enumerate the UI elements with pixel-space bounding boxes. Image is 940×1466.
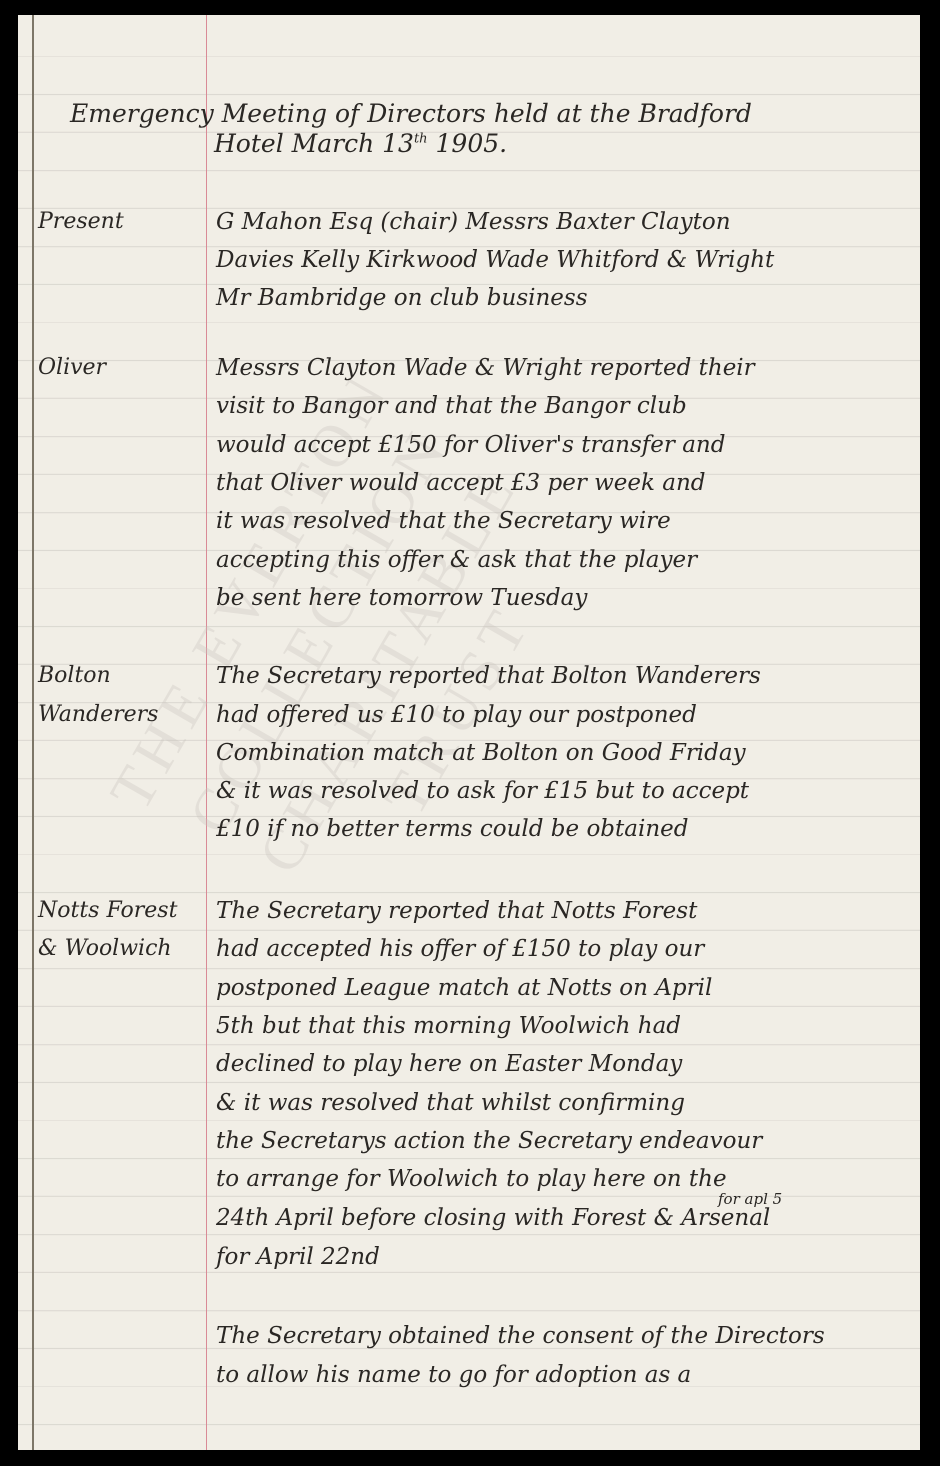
entry-line: to arrange for Woolwich to play here on … [216, 1168, 727, 1191]
entry-line: & it was resolved to ask for £15 but to … [216, 780, 749, 803]
entry-line: the Secretarys action the Secretary ende… [216, 1130, 762, 1153]
side-label-oliver: Oliver [38, 357, 106, 379]
entry-line: Messrs Clayton Wade & Wright reported th… [216, 357, 755, 380]
ledger-page: THE EVERTON COLLECTION CHARITABLE TRUST … [18, 15, 920, 1450]
entry-line: 24th April before closing with Forest & … [216, 1207, 770, 1230]
entry-line: would accept £150 for Oliver's transfer … [216, 434, 725, 457]
side-label-wanderers: Wanderers [38, 704, 158, 726]
entry-line: 5th but that this morning Woolwich had [216, 1015, 681, 1038]
entry-line: The Secretary obtained the consent of th… [216, 1325, 825, 1348]
heading-line-2: Hotel March 13th 1905. [214, 131, 507, 156]
entry-line: Davies Kelly Kirkwood Wade Whitford & Wr… [216, 249, 774, 272]
side-label-present: Present [38, 211, 124, 233]
entry-line: The Secretary reported that Bolton Wande… [216, 665, 761, 688]
entry-line: declined to play here on Easter Monday [216, 1053, 682, 1076]
entry-line: for April 22nd [216, 1246, 380, 1269]
side-label-woolwich: & Woolwich [38, 938, 172, 960]
red-margin-line [206, 15, 207, 1450]
entry-line: that Oliver would accept £3 per week and [216, 472, 706, 495]
entry-line: G Mahon Esq (chair) Messrs Baxter Clayto… [216, 211, 731, 234]
entry-line: had offered us £10 to play our postponed [216, 704, 697, 727]
entry-line: The Secretary reported that Notts Forest [216, 900, 697, 923]
side-label-bolton: Bolton [38, 665, 111, 687]
entry-line: & it was resolved that whilst confirming [216, 1092, 685, 1115]
entry-line: Combination match at Bolton on Good Frid… [216, 742, 746, 765]
entry-line: postponed League match at Notts on April [216, 977, 712, 1000]
entry-line: be sent here tomorrow Tuesday [216, 587, 587, 610]
entry-line: accepting this offer & ask that the play… [216, 549, 697, 572]
entry-line: to allow his name to go for adoption as … [216, 1364, 691, 1387]
binding-line [32, 15, 34, 1450]
entry-line: had accepted his offer of £150 to play o… [216, 938, 704, 961]
entry-line: visit to Bangor and that the Bangor club [216, 395, 687, 418]
entry-line: Mr Bambridge on club business [216, 287, 588, 310]
side-label-notts-forest: Notts Forest [38, 900, 177, 922]
entry-line: it was resolved that the Secretary wire [216, 510, 671, 533]
entry-line: £10 if no better terms could be obtained [216, 818, 688, 841]
heading-line-1: Emergency Meeting of Directors held at t… [70, 101, 752, 126]
